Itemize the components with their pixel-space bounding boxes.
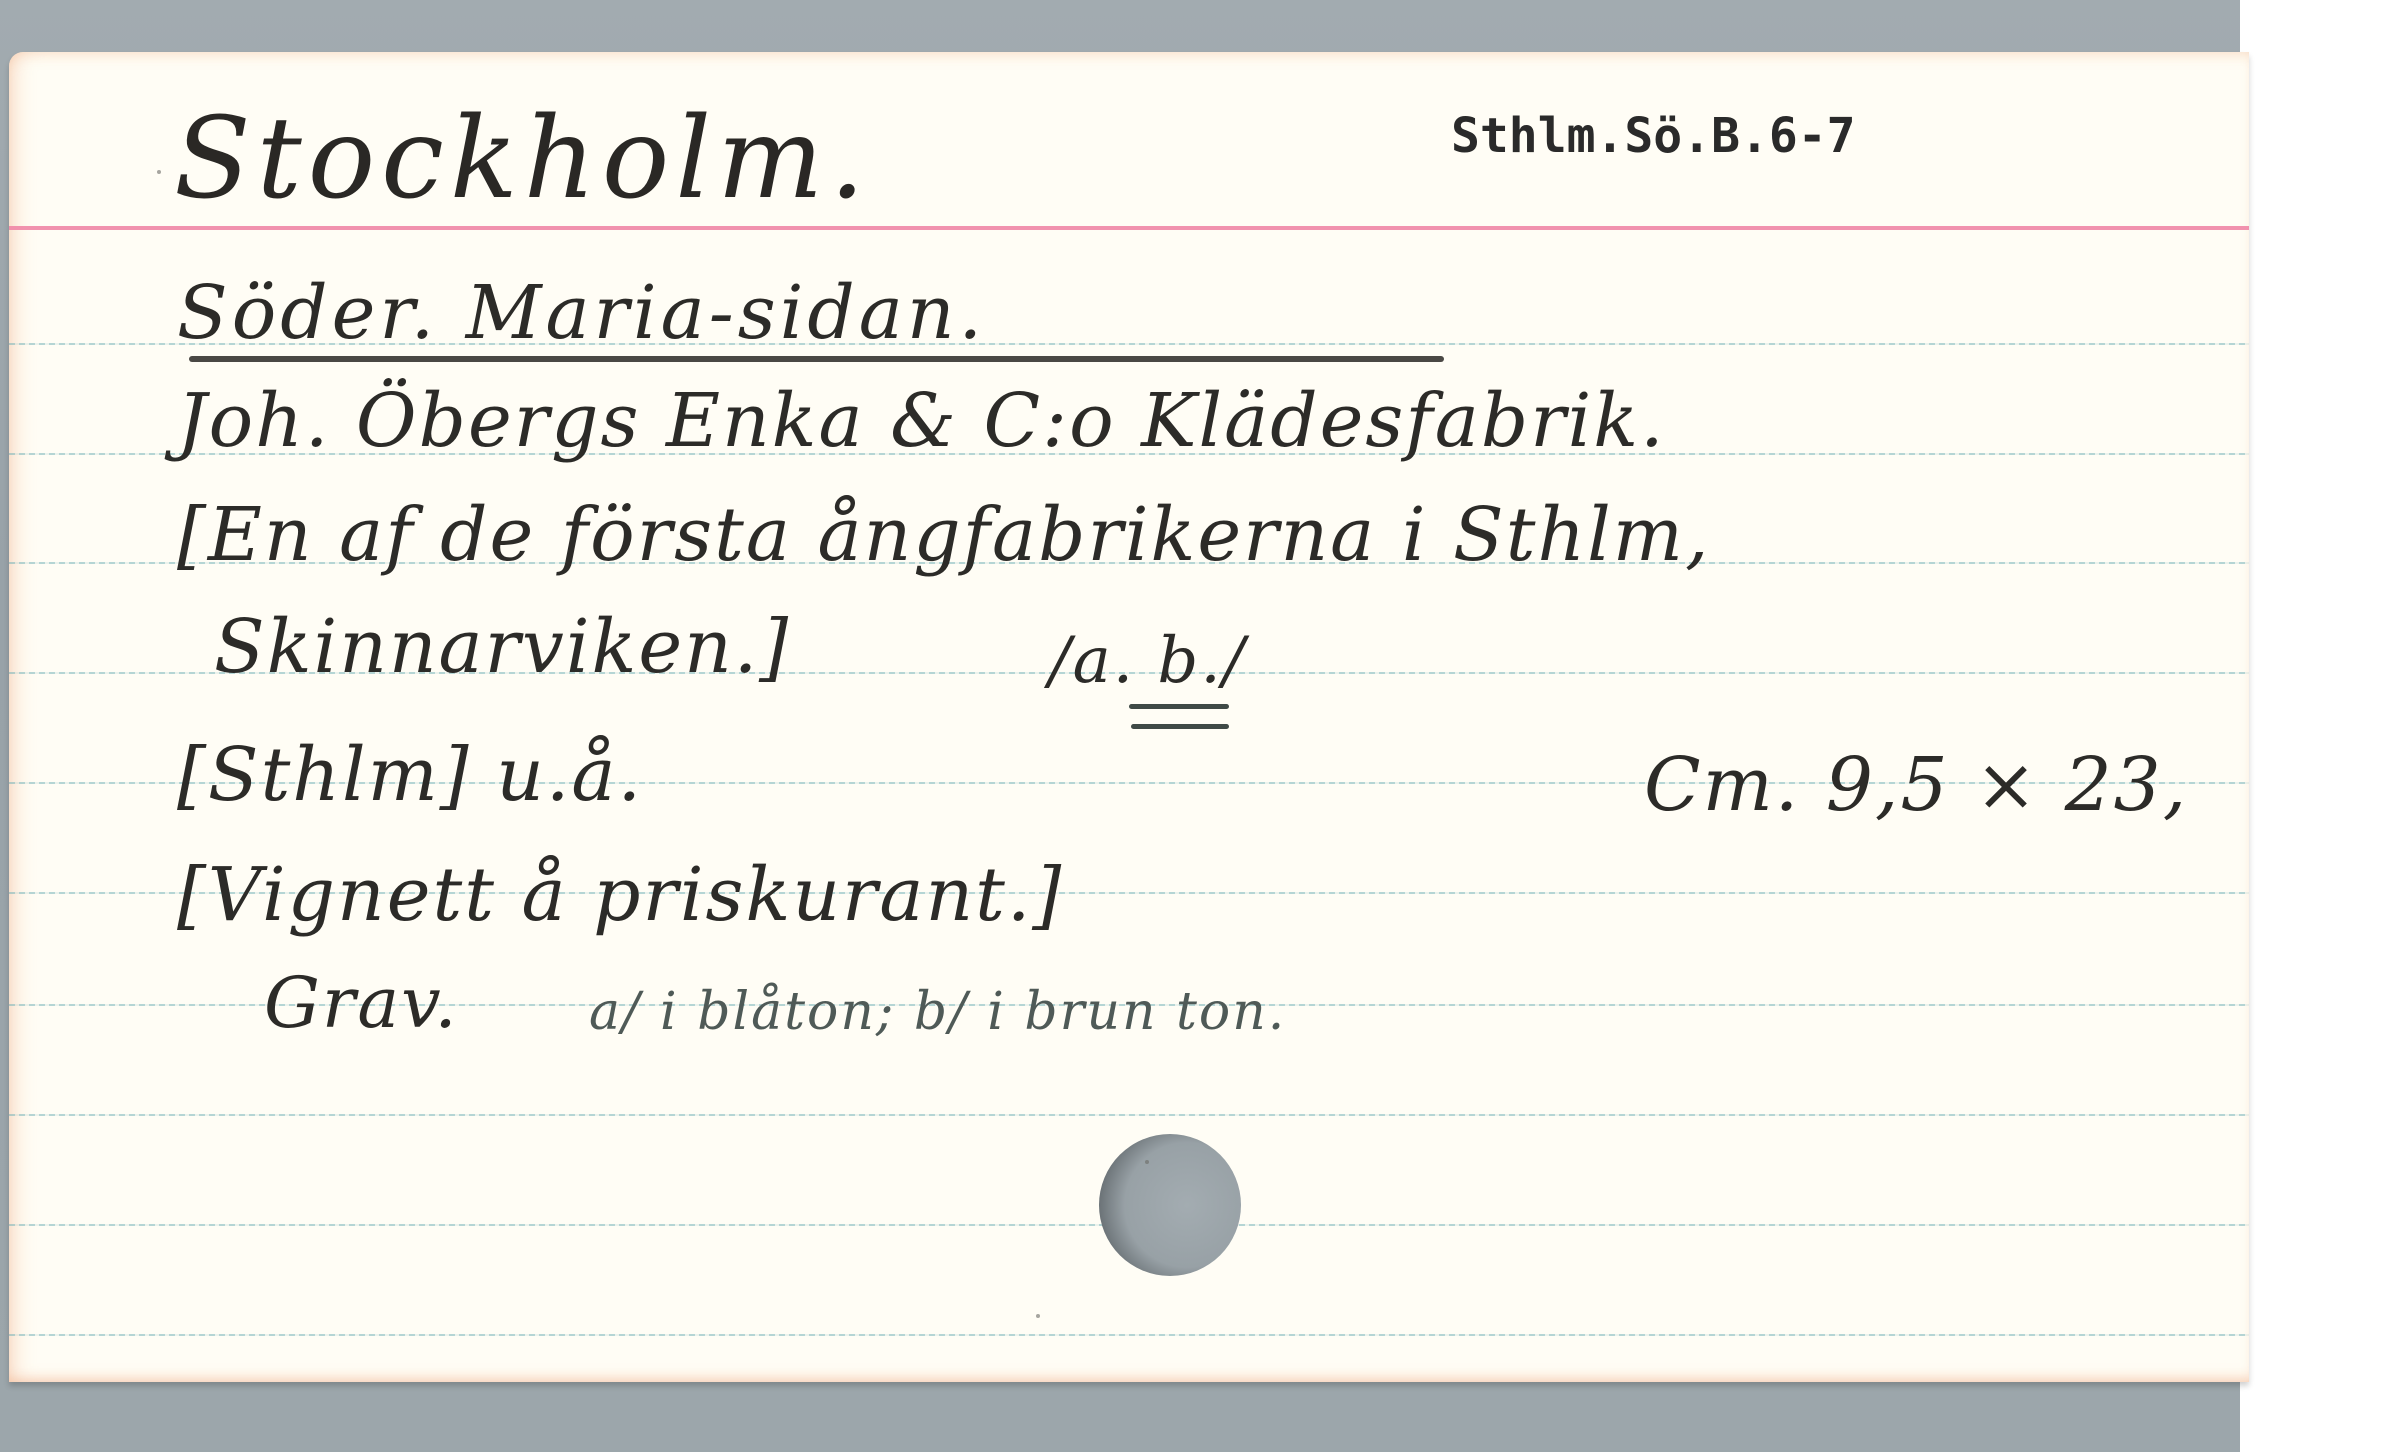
entry-line-firm: Joh. Öbergs Enka & C:o Klädesfabrik. [177,378,1666,464]
header-rule [9,226,2249,230]
technique-note: a/ i blåton; b/ i brun ton. [589,982,1286,1042]
paper-speck [1036,1314,1040,1318]
image-margin [2240,0,2391,1452]
variants-underline [1131,724,1229,729]
punch-hole [1099,1134,1241,1276]
ruled-line [9,1114,2249,1116]
entry-line-technique: Grav. [264,962,459,1044]
entry-line-note: [En af de första ångfabrikerna i Sthlm, [177,492,1710,578]
call-number: Sthlm.Sö.B.6-7 [1451,108,1856,164]
variants-underline [1129,704,1229,709]
entry-line-location: Skinnarviken.] [214,604,790,690]
variants-reference: /a. b./ [1049,624,1246,698]
entry-line-description: [Vignett å priskurant.] [177,852,1063,938]
paper-speck [1145,1160,1149,1164]
paper-speck [157,170,161,174]
card-subheading: Söder. Maria-sidan. [177,270,986,356]
card-heading: Stockholm. [174,94,871,224]
entry-dimensions: Cm. 9,5 × 23, [1644,742,2188,828]
subheading-underline [189,356,1444,362]
catalog-card: Sthlm.Sö.B.6-7 Stockholm. Söder. Maria-s… [9,52,2249,1382]
entry-line-imprint: [Sthlm] u.å. [177,732,643,818]
ruled-line [9,1334,2249,1336]
